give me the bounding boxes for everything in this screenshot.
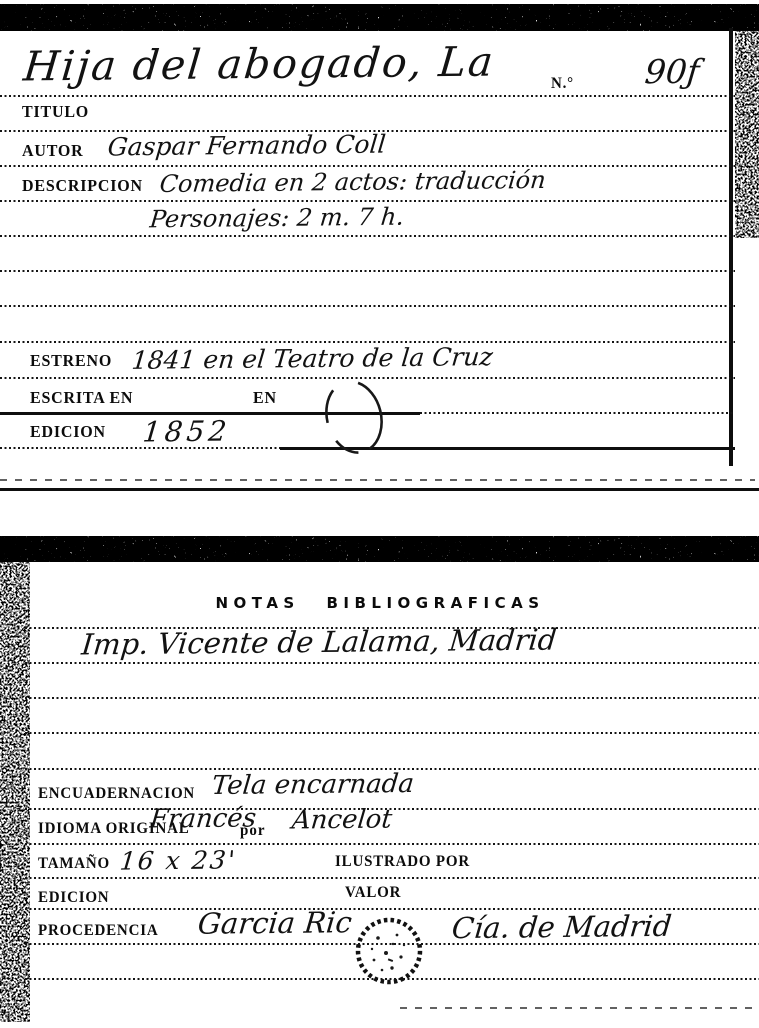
scanned-catalog-card-page: { "card1": { "title_value": "Hija del ab…: [0, 0, 759, 1028]
field-label-escrita-en: ESCRITA EN: [30, 390, 133, 409]
ruled-line: [0, 305, 735, 307]
autor-handwritten: Gaspar Fernando Coll: [106, 130, 387, 162]
dotted-round-stamp: [352, 914, 426, 988]
number-label: N.°: [551, 76, 574, 94]
field-label-en: EN: [253, 390, 277, 409]
field-label-titulo: TITULO: [22, 104, 89, 123]
ruled-line-faint: [0, 479, 755, 481]
ruled-line: [0, 270, 735, 272]
ruled-line: [0, 200, 735, 202]
field-label-ilustrado-por: ILUSTRADO POR: [335, 854, 470, 872]
field-label-autor: AUTOR: [22, 143, 84, 162]
ruled-line: [25, 662, 759, 664]
ruled-line: [25, 732, 759, 734]
number-handwritten: 90ƒ: [643, 52, 701, 92]
idioma-original-handwritten: Francés: [149, 803, 258, 834]
scan-noise-band-middle: [0, 536, 759, 562]
por-handwritten: Ancelot: [291, 804, 394, 835]
ruled-line: [0, 95, 735, 97]
scan-noise-right-edge: [735, 28, 759, 238]
descripcion-handwritten: Comedia en 2 actos: traducción: [158, 166, 547, 198]
field-label-tamano: TAMAÑO: [38, 856, 110, 874]
field-label-descripcion: DESCRIPCION: [22, 178, 143, 197]
ruled-line: [25, 843, 759, 845]
encuadernacion-handwritten: Tela encarnada: [210, 769, 415, 801]
field-label-encuadernacion: ENCUADERNACION: [38, 786, 195, 804]
ruled-line-faint: [400, 1007, 755, 1009]
notas-bibliograficas-header: NOTAS BIBLIOGRAFICAS: [150, 594, 610, 612]
ruled-line: [0, 165, 735, 167]
title-handwritten: Hija del abogado, La: [21, 38, 496, 91]
ruled-line: [25, 697, 759, 699]
field-label-valor: VALOR: [345, 885, 401, 903]
field-label-estreno: ESTRENO: [30, 353, 112, 372]
catalog-card-front: Hija del abogado, La N.° 90ƒ TITULO AUTO…: [0, 0, 759, 510]
catalog-card-back: NOTAS BIBLIOGRAFICAS Imp. Vicente de Lal…: [0, 510, 759, 1028]
round-stamp-outline: [318, 376, 390, 458]
ruled-line: [420, 412, 735, 414]
ruled-line: [0, 235, 735, 237]
estreno-handwritten: 1841 en el Teatro de la Cruz: [130, 342, 494, 375]
imprenta-handwritten: Imp. Vicente de Lalama, Madrid: [80, 623, 558, 662]
scan-noise-band-top: [0, 4, 759, 31]
field-label-procedencia: PROCEDENCIA: [38, 923, 158, 941]
procedencia-handwritten-right: Cía. de Madrid: [450, 909, 673, 945]
procedencia-handwritten-left: Garcia Ric: [196, 905, 353, 941]
scan-noise-left-edge: [0, 560, 30, 1022]
ruled-line: [25, 877, 759, 879]
field-label-edicion-2: EDICION: [38, 890, 109, 908]
edicion-handwritten: 1852: [141, 415, 231, 449]
card-bottom-edge: [0, 488, 759, 491]
field-label-edicion: EDICION: [30, 424, 106, 443]
ruled-line: [0, 447, 280, 449]
tamano-handwritten: 16 x 23': [119, 845, 238, 875]
card-right-border: [729, 28, 733, 466]
descripcion-handwritten-2: Personajes: 2 m. 7 h.: [149, 203, 406, 234]
